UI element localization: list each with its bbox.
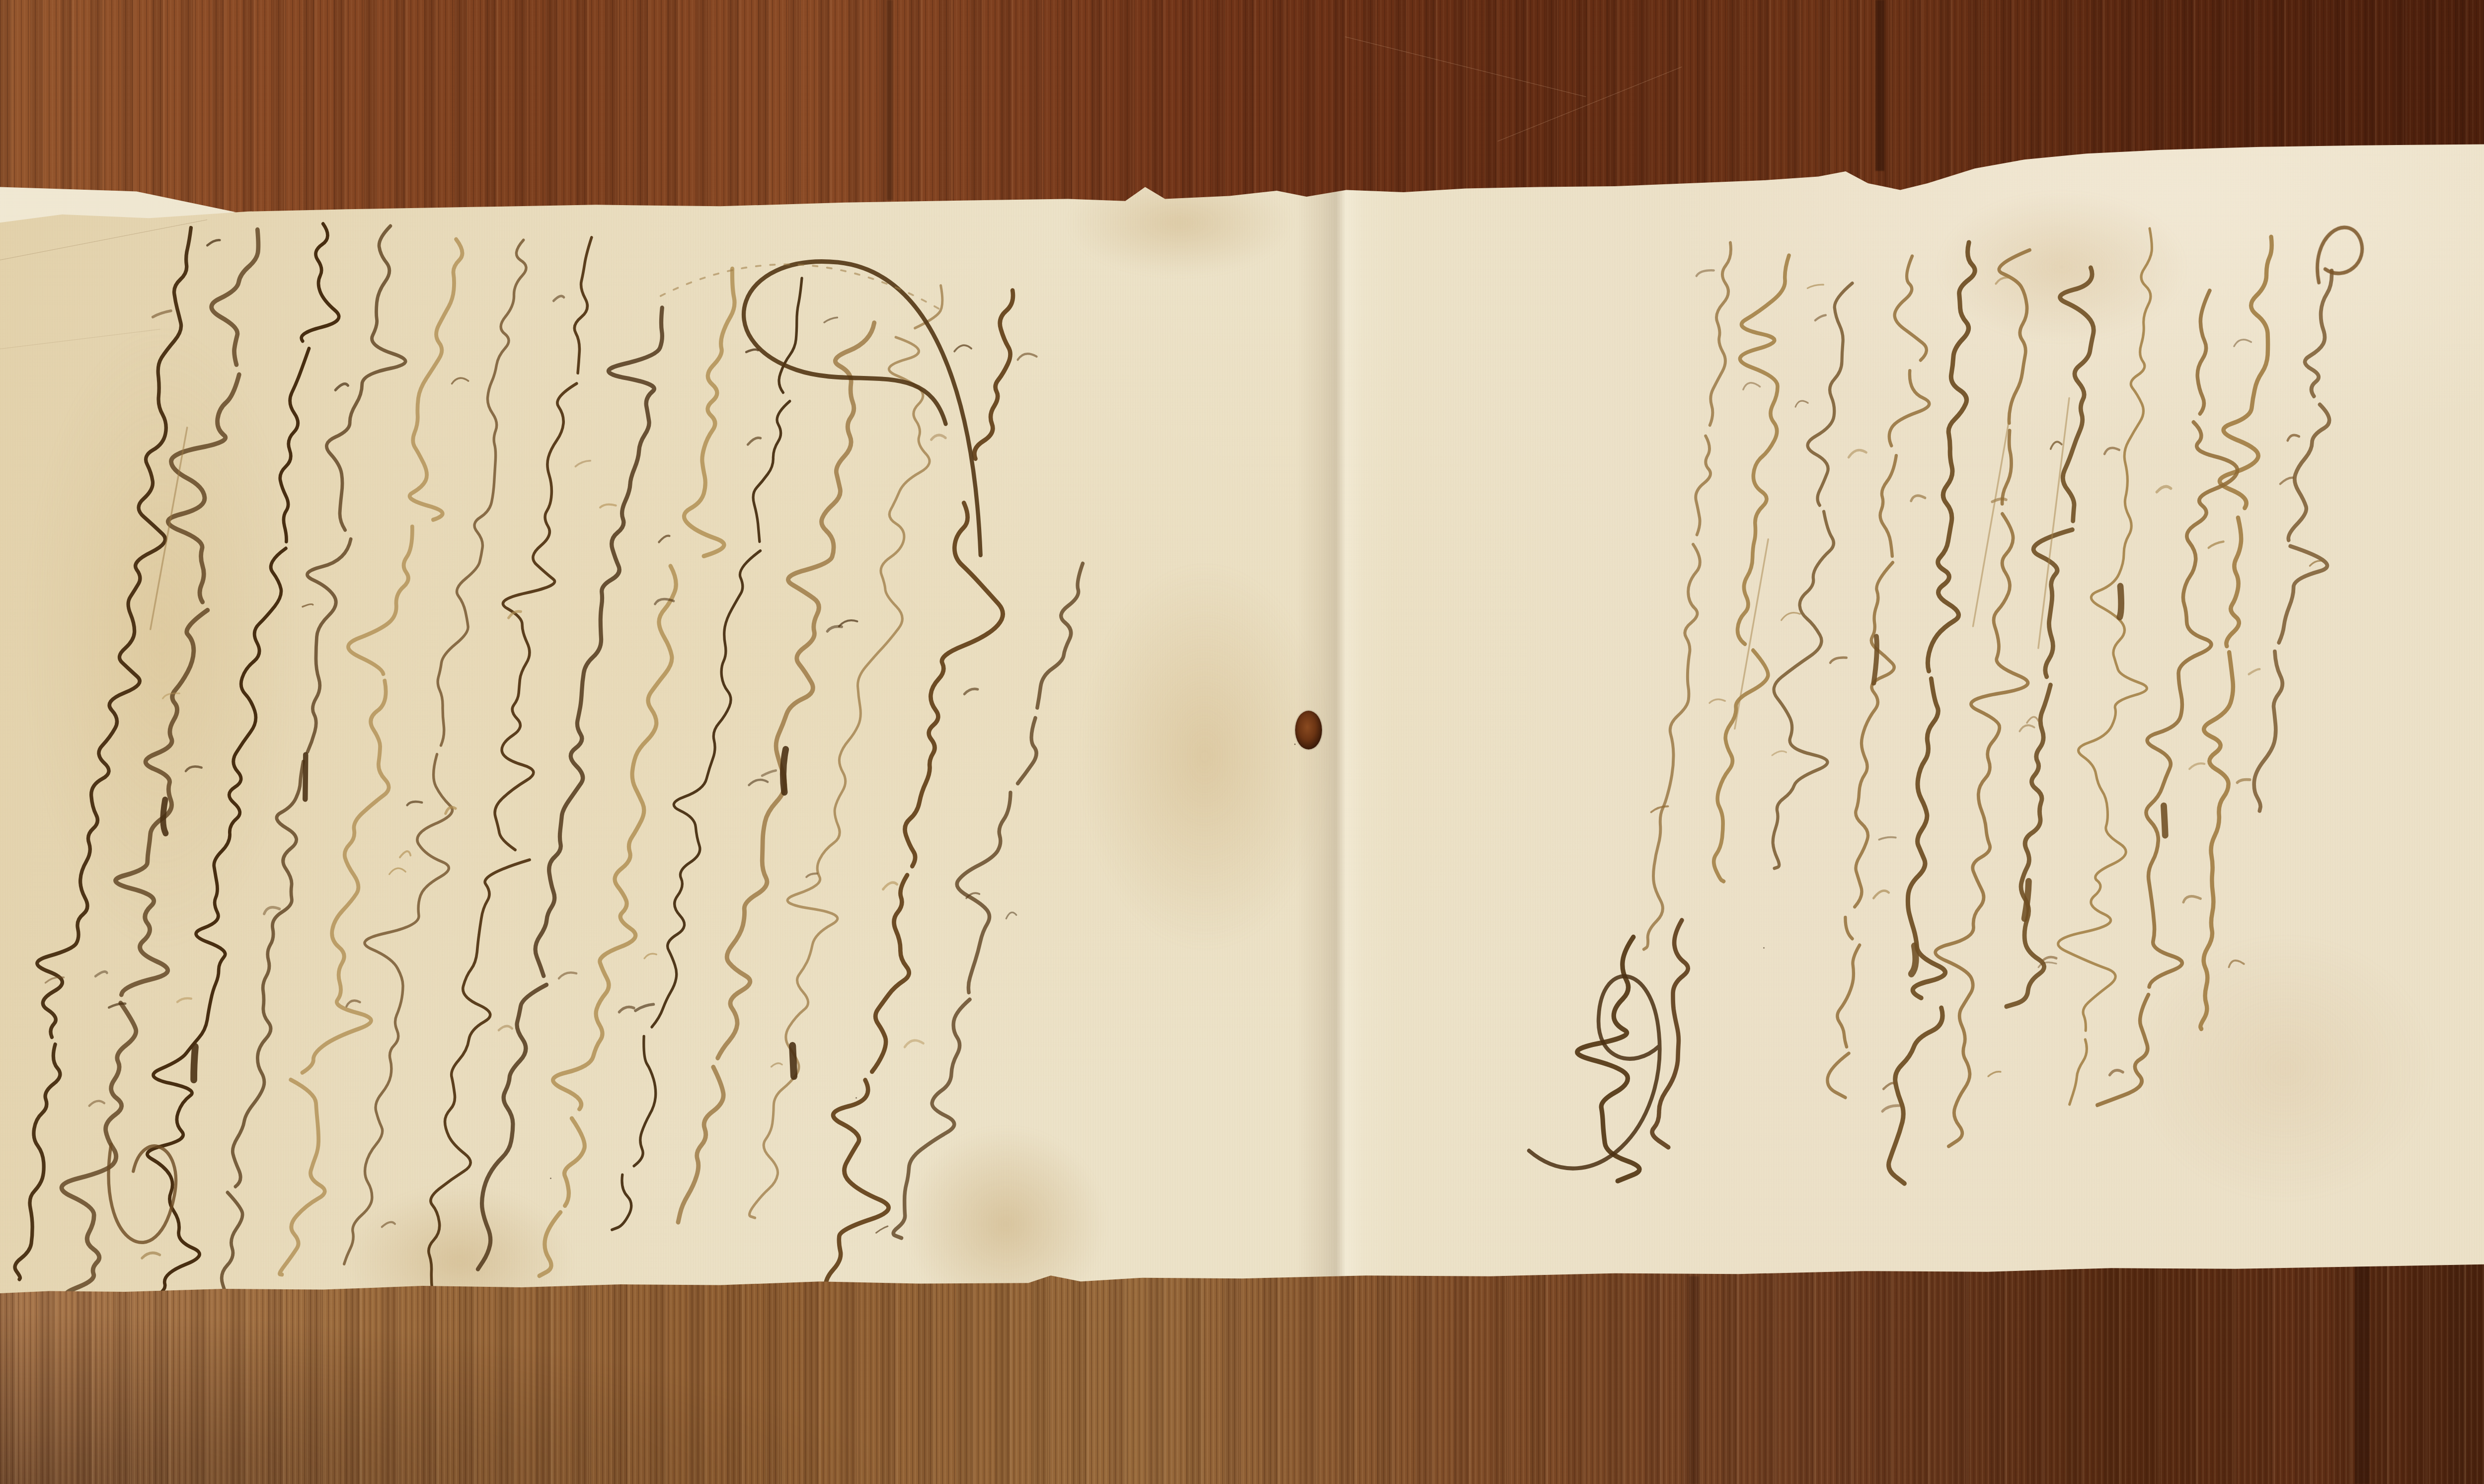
script-stroke [1988,1072,2001,1076]
script-stroke [2109,1070,2122,1075]
script-stroke [744,262,981,555]
script-stroke [748,438,761,445]
script-stroke [346,1000,360,1006]
paper-stain [1081,564,1329,950]
script-stroke [1007,912,1016,918]
script-stroke [954,345,971,351]
script-stroke [2234,340,2251,346]
ink-speck [855,1097,857,1099]
script-stroke [1743,383,1760,389]
script-stroke [2026,717,2038,723]
script-stroke [559,972,576,978]
script-stroke [335,383,348,389]
script-stroke [931,435,946,440]
script-stroke [600,505,616,508]
script-stroke [1709,699,1725,703]
script-stroke [2287,435,2299,441]
script-stroke [1996,278,2013,284]
script-stroke [2104,448,2119,454]
script-stroke [1888,243,1975,1184]
script-stroke [194,1046,195,1079]
script-stroke [1911,946,1916,974]
wood-grain-streak [2355,1261,2370,1484]
script-stroke [400,851,410,857]
script-stroke [1849,450,1866,457]
script-stroke [1935,250,2029,1147]
script-stroke [1873,637,1876,683]
manuscript-paper [0,0,2484,1484]
script-stroke [1815,315,1825,321]
script-stroke [452,378,468,383]
script-stroke [2157,487,2171,492]
script-stroke [1529,976,1659,1169]
script-stroke [1883,1083,1895,1089]
wood-grain-streak [1875,0,1884,171]
script-stroke [746,350,758,352]
script-stroke [142,1253,159,1258]
script-stroke [2237,780,2250,783]
script-stroke [264,907,279,913]
script-stroke [2050,442,2061,449]
script-stroke [1773,283,1852,868]
script-stroke [612,278,802,1230]
script-stroke [659,536,670,542]
script-stroke [619,1007,634,1012]
script-stroke [1879,837,1895,840]
script-stroke [305,754,306,799]
script-stroke [816,291,1013,1302]
script-stroke [344,240,526,1264]
script-stroke [2019,726,2034,732]
script-stroke [749,780,768,785]
script-stroke [783,749,786,792]
script-stroke [1713,256,1788,882]
script-stroke [407,802,422,805]
wood-grain-streak [1689,1276,1699,1484]
script-stroke [762,771,776,776]
script-stroke [827,627,842,632]
script-stroke [185,766,201,771]
handwriting-right-page [1481,205,2345,1215]
script-stroke [1807,285,1823,288]
script-stroke [2183,896,2200,902]
script-stroke [883,883,897,890]
script-stroke [153,310,171,317]
script-stroke [382,1222,394,1227]
script-stroke [1696,271,1713,276]
wood-grain-streak [887,0,893,200]
script-stroke [806,874,817,877]
script-stroke [1018,354,1037,360]
punch-hole [1295,711,1322,749]
script-stroke [824,318,837,323]
script-stroke [2280,478,2293,484]
script-stroke [893,564,1083,1238]
script-stroke [2024,882,2028,919]
handwriting-middle-page [546,235,1038,1346]
script-stroke [95,971,107,976]
script-stroke [1830,658,1847,663]
script-stroke [661,265,946,313]
script-stroke [792,1046,794,1076]
script-stroke [2249,669,2259,674]
script-stroke [2200,237,2272,1029]
script-stroke [2058,228,2152,1105]
script-stroke [1882,1106,1899,1112]
script-stroke [89,1101,104,1106]
script-stroke [1911,496,1925,501]
script-stroke [177,998,191,1002]
script-stroke [2189,763,2204,769]
script-stroke [876,1226,888,1233]
script-stroke [635,1004,654,1011]
script-stroke [2097,291,2237,1105]
script-stroke [2317,227,2362,283]
script-stroke [2310,561,2322,566]
script-stroke [2229,961,2244,967]
script-stroke [2208,542,2223,548]
script-stroke [1643,243,1730,950]
script-stroke [2119,587,2121,617]
script-stroke [2038,398,2069,648]
script-stroke [302,604,312,606]
script-stroke [163,800,165,833]
script-stroke [1873,891,1889,898]
script-stroke [1973,421,2009,627]
script-stroke [2164,806,2165,835]
script-stroke [905,1040,924,1047]
script-stroke [2042,957,2056,961]
script-stroke [1651,807,1668,813]
script-stroke [207,240,220,245]
script-stroke [1772,751,1786,755]
script-stroke [964,689,978,694]
script-stroke [1781,613,1800,620]
manuscript-photo [0,0,2484,1484]
script-stroke [108,1144,175,1243]
script-stroke [772,1063,782,1067]
script-stroke [1795,401,1808,407]
script-stroke [389,868,405,874]
handwriting-left-page [64,194,539,1346]
script-stroke [644,954,656,959]
